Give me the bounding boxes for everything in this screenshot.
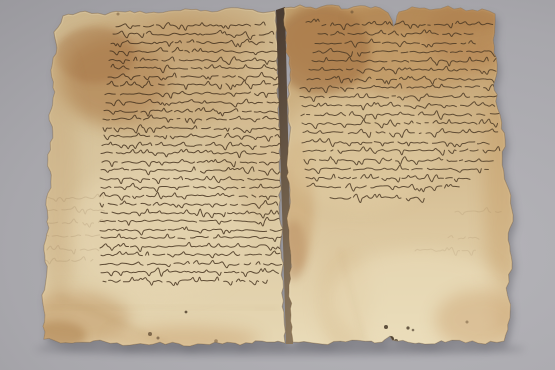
ink-speck <box>497 14 501 18</box>
right-manuscript-page <box>274 0 525 355</box>
ink-speck <box>412 329 415 332</box>
ink-speck <box>384 325 388 329</box>
ink-speck <box>185 311 188 314</box>
ink-speck <box>148 332 152 336</box>
left-manuscript-page <box>20 8 300 354</box>
ground-shadow <box>35 343 525 355</box>
ink-speck <box>157 337 160 340</box>
ink-speck <box>351 11 354 14</box>
ink-speck <box>466 321 469 324</box>
ink-speck <box>406 326 409 329</box>
ink-speck <box>117 13 120 16</box>
manuscript-photo-canvas <box>0 0 555 370</box>
water-stain <box>38 50 78 310</box>
manuscript-photo <box>0 0 555 370</box>
